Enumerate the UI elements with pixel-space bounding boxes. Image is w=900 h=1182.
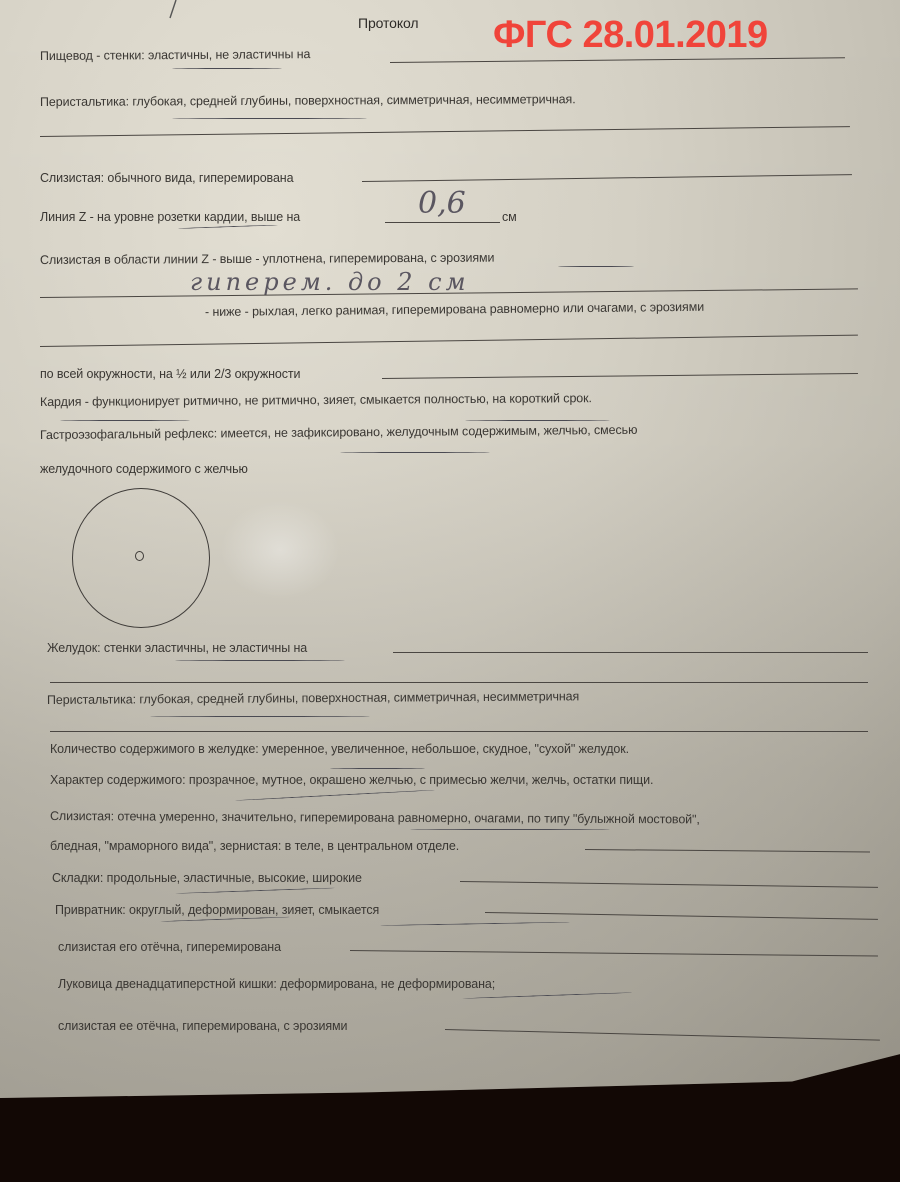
z-mucosa-above-text: Слизистая в области линии Z - выше - упл… — [40, 251, 494, 267]
underline-mark — [175, 660, 345, 661]
stomach-walls-text: Желудок: стенки эластичны, не эластичны … — [47, 641, 307, 655]
underline-mark — [340, 452, 490, 453]
esophagus-peristalsis-text: Перистальтика: глубокая, средней глубины… — [40, 92, 576, 109]
underline-mark — [172, 68, 282, 69]
z-mucosa-handwritten-note: гиперем. до 2 см — [190, 268, 470, 296]
z-line-handwritten-value: 0,6 — [418, 186, 466, 221]
stomach-walls-fill-line-2 — [50, 682, 868, 683]
esophagus-walls-text: Пищевод - стенки: эластичны, не эластичн… — [40, 47, 310, 63]
z-line-unit: см — [502, 210, 517, 224]
underline-mark — [60, 420, 190, 421]
stomach-peristalsis-fill-line — [50, 731, 868, 732]
z-line-fill-line — [385, 222, 500, 223]
stomach-diagram-center-mark — [135, 551, 144, 561]
stomach-walls-fill-line — [393, 652, 868, 653]
z-line-text: Линия Z - на уровне розетки кардии, выше… — [40, 210, 300, 224]
esophagus-mucosa-text: Слизистая: обычного вида, гиперемирована — [40, 171, 293, 185]
underline-mark — [558, 266, 634, 267]
reflux-text-line2: желудочного содержимого с желчью — [40, 462, 248, 476]
stomach-mucosa-text-line2: бледная, "мраморного вида", зернистая: в… — [50, 839, 459, 853]
pylorus-mucosa-text: слизистая его отёчна, гиперемирована — [58, 940, 281, 954]
exam-date-overlay: ФГС 28.01.2019 — [493, 14, 768, 57]
underline-mark — [410, 829, 610, 830]
underline-mark — [330, 768, 425, 769]
stray-pen-mark — [160, 0, 190, 20]
content-amount-text: Количество содержимого в желудке: умерен… — [50, 742, 629, 756]
content-character-text: Характер содержимого: прозрачное, мутное… — [50, 773, 653, 787]
folds-text: Складки: продольные, эластичные, высокие… — [52, 871, 362, 885]
circumference-text: по всей окружности, на ½ или 2/3 окружно… — [40, 367, 300, 381]
underline-mark — [172, 118, 367, 119]
underline-mark — [465, 420, 610, 421]
underline-mark — [150, 716, 370, 717]
bulb-text: Луковица двенадцатиперстной кишки: дефор… — [58, 977, 495, 991]
pylorus-text: Привратник: округлый, деформирован, зияе… — [55, 903, 379, 917]
document-title: Протокол — [358, 15, 419, 31]
bulb-mucosa-text: слизистая ее отёчна, гиперемирована, с э… — [58, 1019, 347, 1033]
